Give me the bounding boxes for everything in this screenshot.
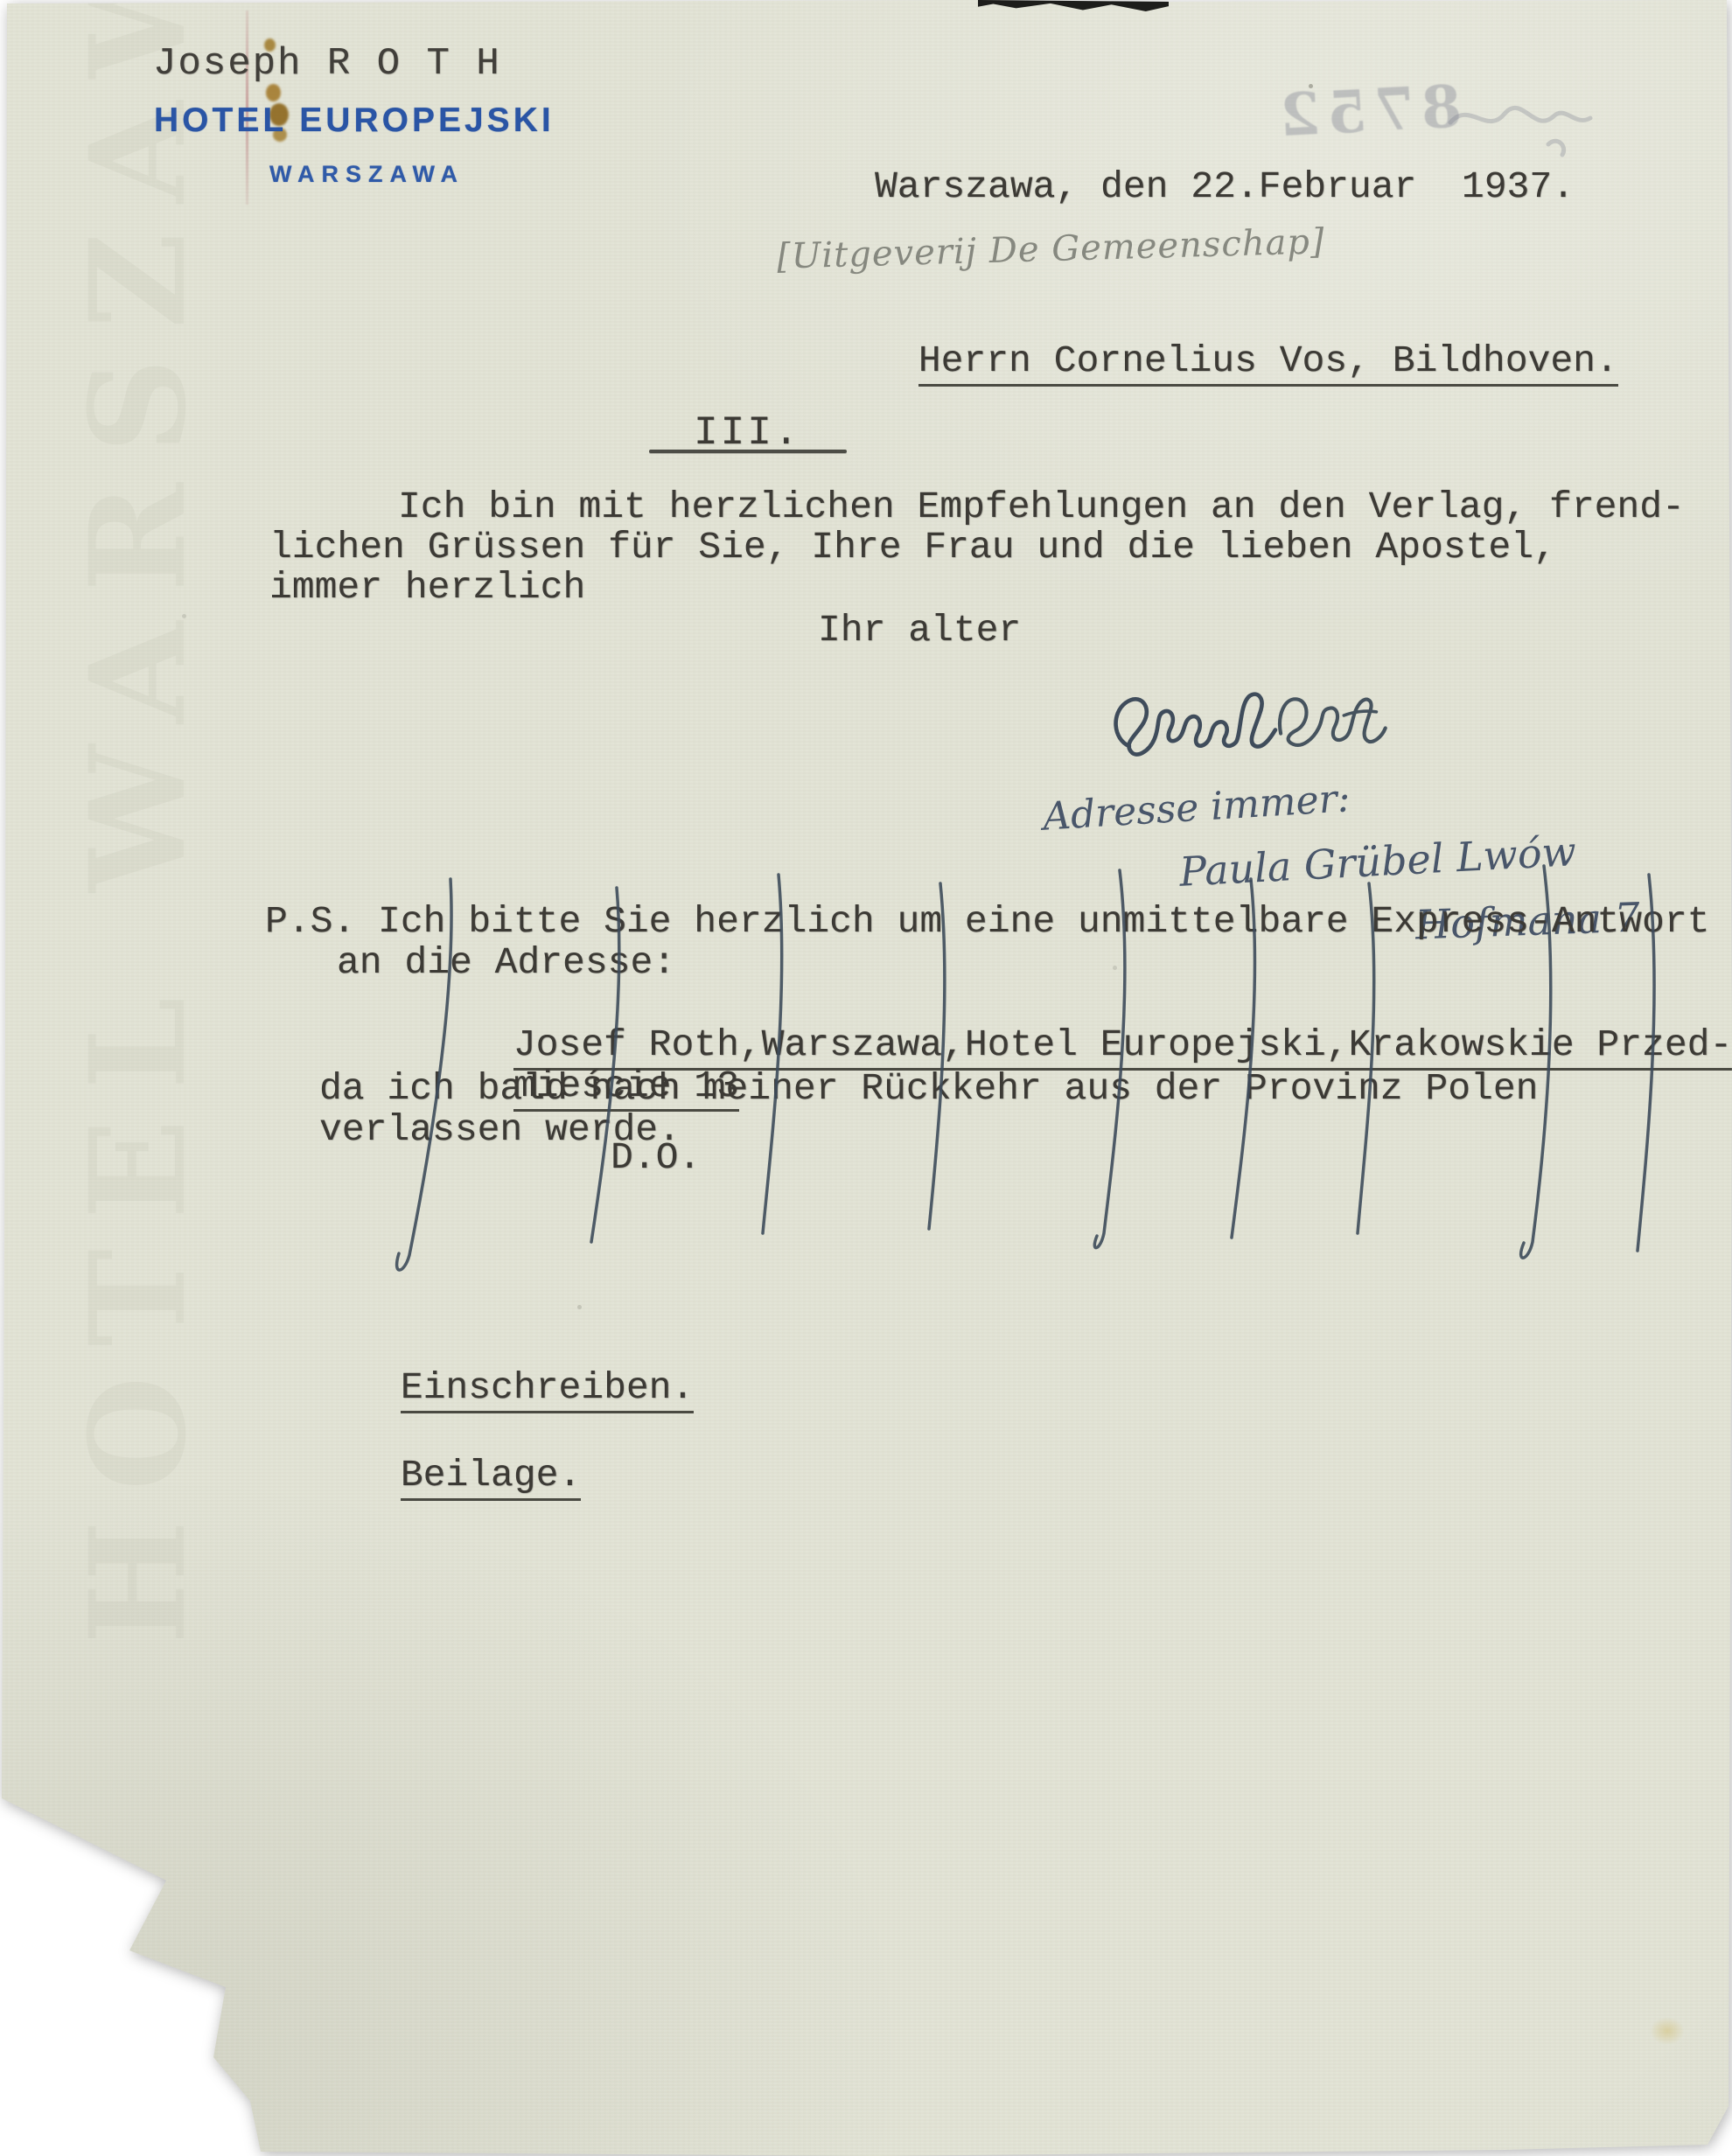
letterhead-city: WARSZAWA bbox=[269, 161, 464, 188]
pencil-annotation: [Uitgeverij De Gemeenschap] bbox=[776, 221, 1325, 276]
dust-speck bbox=[577, 1305, 582, 1309]
scanned-letter-page: HOTEL WARSZAWA 8752 Joseph R O T H HOTEL… bbox=[0, 0, 1732, 2156]
letter-paper: HOTEL WARSZAWA 8752 Joseph R O T H HOTEL… bbox=[0, 0, 1732, 2156]
valediction: Ihr alter bbox=[818, 610, 1021, 651]
body-line-2: lichen Grüssen für Sie, Ihre Frau und di… bbox=[269, 527, 1556, 568]
pen-strikethrough-strokes bbox=[367, 862, 1732, 1290]
stain-spot bbox=[1650, 2017, 1685, 2045]
enclosure-text: Beilage. bbox=[401, 1455, 581, 1501]
registered-text: Einschreiben. bbox=[401, 1367, 694, 1413]
showthrough-number: 8752 bbox=[1271, 72, 1463, 150]
ghost-lettering: HOTEL WARSZAWA bbox=[61, 332, 215, 1644]
section-heading: III. bbox=[694, 413, 800, 454]
letterhead-hotel-name: HOTEL EUROPEJSKI bbox=[154, 101, 555, 140]
heading-underline bbox=[649, 450, 847, 453]
recipient-line: Herrn Cornelius Vos, Bildhoven. bbox=[783, 299, 1618, 428]
body-line-1: Ich bin mit herzlichen Empfehlungen an d… bbox=[398, 486, 1685, 527]
body-line-3: immer herzlich bbox=[269, 567, 585, 608]
enclosure-note: Beilage. bbox=[265, 1413, 581, 1542]
stain-spot bbox=[266, 84, 281, 101]
paper-shadow: HOTEL WARSZAWA 8752 Joseph R O T H HOTEL… bbox=[0, 0, 1732, 2156]
clipped-stamp-fragment bbox=[978, 0, 1169, 11]
showthrough-scribble bbox=[1443, 83, 1618, 162]
signature-joseph-roth bbox=[1104, 675, 1393, 785]
letterhead-sender-name: Joseph R O T H bbox=[153, 42, 501, 86]
dust-speck bbox=[182, 614, 186, 618]
recipient-text: Herrn Cornelius Vos, Bildhoven. bbox=[918, 340, 1618, 387]
date-line: Warszawa, den 22.Februar 1937. bbox=[875, 166, 1575, 207]
dust-speck bbox=[1309, 84, 1313, 88]
handwritten-address-line-1: Adresse immer: bbox=[1042, 776, 1351, 839]
